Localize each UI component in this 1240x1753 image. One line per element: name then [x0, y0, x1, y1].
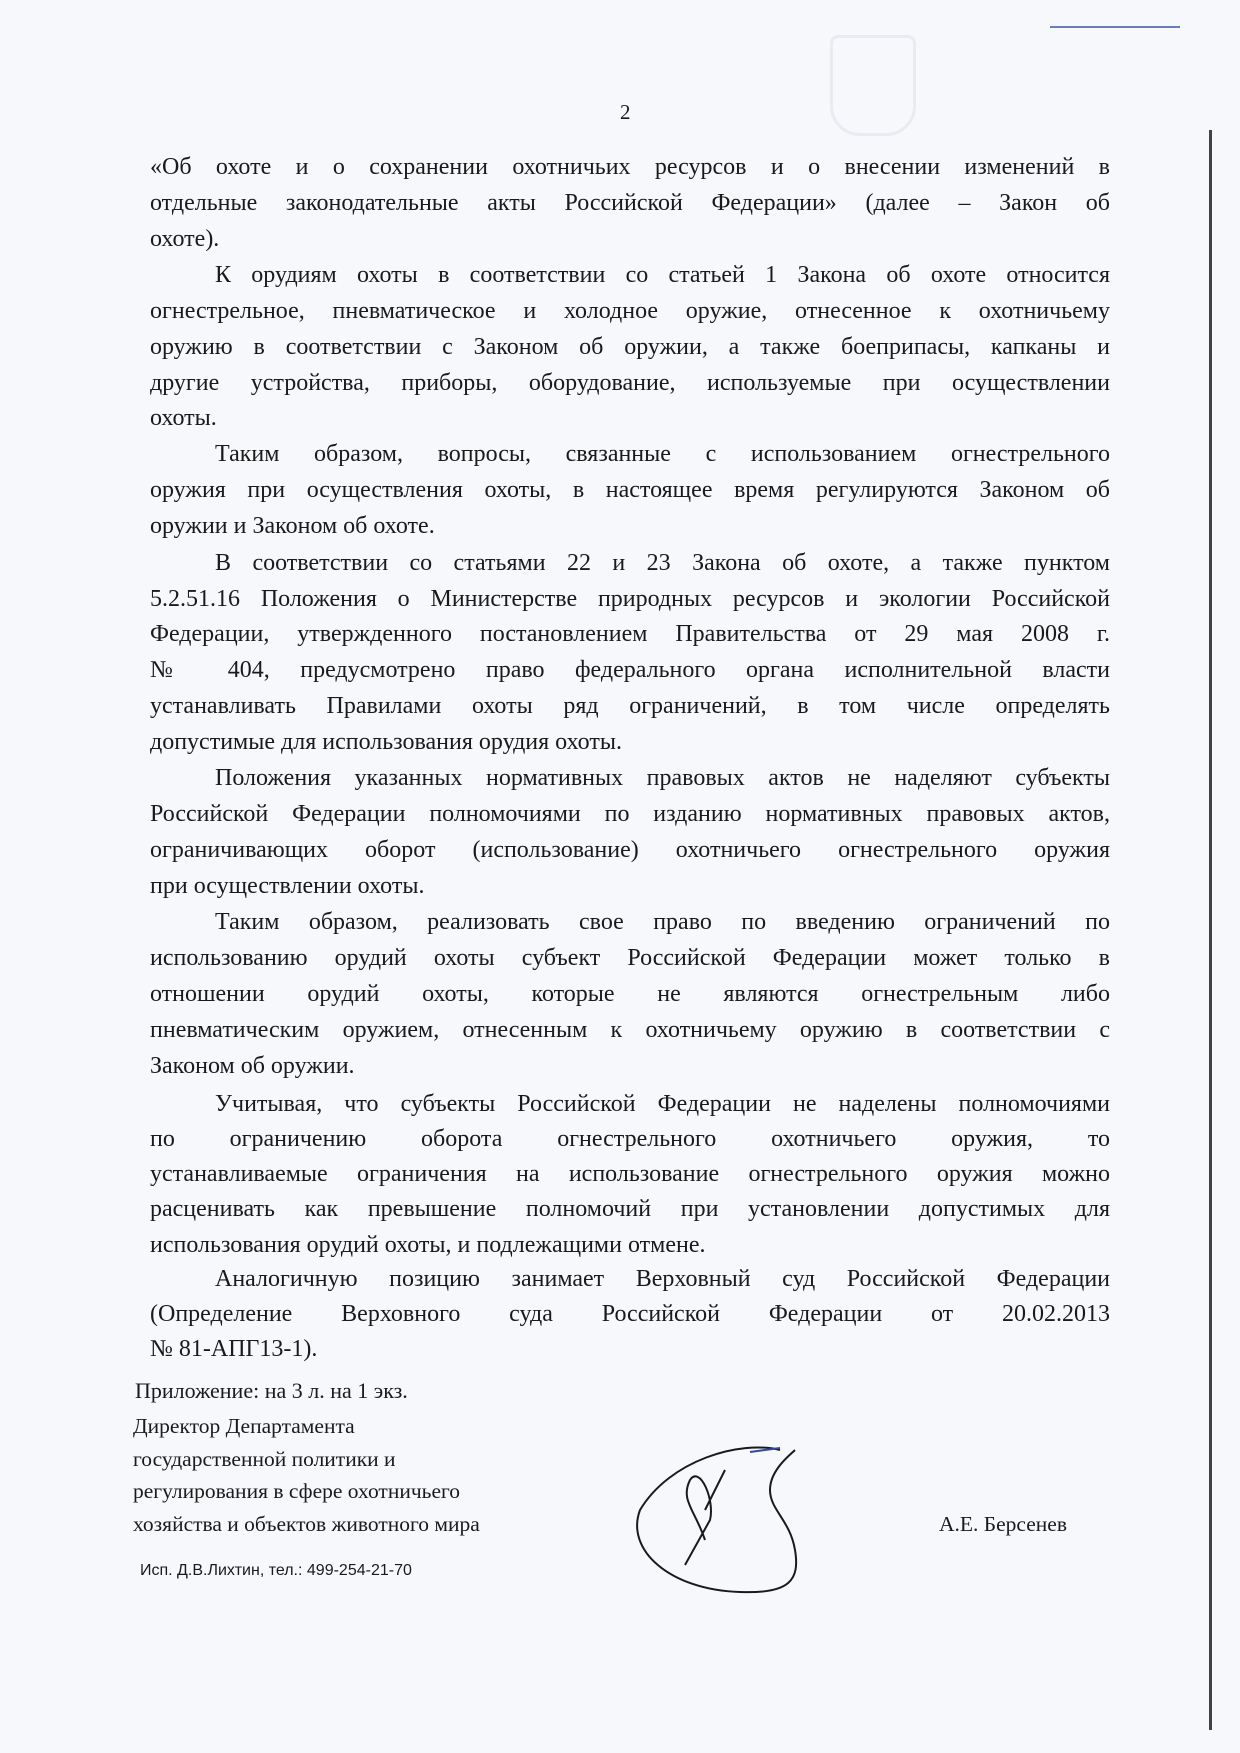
signatory-title-line: государственной политики и [133, 1443, 480, 1476]
text-line: устанавливать Правилами охоты ряд ограни… [150, 691, 1110, 721]
text-line: Таким образом, вопросы, связанные с испо… [215, 439, 1110, 469]
executor-contact: Исп. Д.В.Лихтин, тел.: 499-254-21-70 [140, 1562, 412, 1580]
text-line: при осуществлении охоты. [150, 871, 1110, 901]
text-line: другие устройства, приборы, оборудование… [150, 368, 1110, 398]
text-line: использования орудий охоты, и подлежащим… [150, 1230, 1110, 1260]
text-line: Федерации, утвержденного постановлением … [150, 619, 1110, 649]
signatory-title-line: хозяйства и объектов животного мира [133, 1508, 480, 1541]
text-line: пневматическим оружием, отнесенным к охо… [150, 1015, 1110, 1045]
signatory-title: Директор Департамента государственной по… [133, 1410, 480, 1540]
page-edge-line [1209, 130, 1212, 1730]
text-line: огнестрельное, пневматическое и холодное… [150, 296, 1110, 326]
text-line: Российской Федерации полномочиями по изд… [150, 799, 1110, 829]
signatory-title-line: Директор Департамента [133, 1410, 480, 1443]
text-line: ограничивающих оборот (использование) ох… [150, 835, 1110, 865]
text-line: устанавливаемые ограничения на использов… [150, 1159, 1110, 1189]
text-line: отдельные законодательные акты Российско… [150, 188, 1110, 218]
text-line: Законом об оружии. [150, 1051, 1110, 1081]
bleed-through-emblem-icon [830, 35, 916, 136]
handwritten-signature-icon [630, 1440, 890, 1600]
text-line: (Определение Верховного суда Российской … [150, 1299, 1110, 1329]
text-line: расценивать как превышение полномочий пр… [150, 1194, 1110, 1224]
text-line: Положения указанных нормативных правовых… [215, 763, 1110, 793]
text-line: «Об охоте и о сохранении охотничьих ресу… [150, 152, 1110, 182]
text-line: охоты. [150, 403, 1110, 433]
text-line: Таким образом, реализовать свое право по… [215, 907, 1110, 937]
text-line: отношении орудий охоты, которые не являю… [150, 979, 1110, 1009]
text-line: № 404, предусмотрено право федерального … [150, 655, 1110, 685]
text-line: В соответствии со статьями 22 и 23 Закон… [215, 548, 1110, 578]
page-number: 2 [620, 100, 631, 125]
text-line: оружии и Законом об охоте. [150, 511, 1110, 541]
signatory-title-line: регулирования в сфере охотничьего [133, 1475, 480, 1508]
attachment-note: Приложение: на 3 л. на 1 экз. [135, 1378, 408, 1404]
scan-artifact-rule [1050, 26, 1180, 28]
text-line: Учитывая, что субъекты Российской Федера… [215, 1089, 1110, 1119]
text-line: охоте). [150, 224, 1110, 254]
text-line: допустимые для использования орудия охот… [150, 727, 1110, 757]
text-line: 5.2.51.16 Положения о Министерстве приро… [150, 584, 1110, 614]
text-line: использованию орудий охоты субъект Росси… [150, 943, 1110, 973]
text-line: № 81-АПГ13-1). [150, 1334, 1110, 1364]
text-line: К орудиям охоты в соответствии со статье… [215, 260, 1110, 290]
text-line: оружия при осуществления охоты, в настоя… [150, 475, 1110, 505]
text-line: по ограничению оборота огнестрельного ох… [150, 1124, 1110, 1154]
signatory-name: А.Е. Берсенев [939, 1512, 1067, 1537]
text-line: Аналогичную позицию занимает Верховный с… [215, 1264, 1110, 1294]
text-line: оружию в соответствии с Законом об оружи… [150, 332, 1110, 362]
